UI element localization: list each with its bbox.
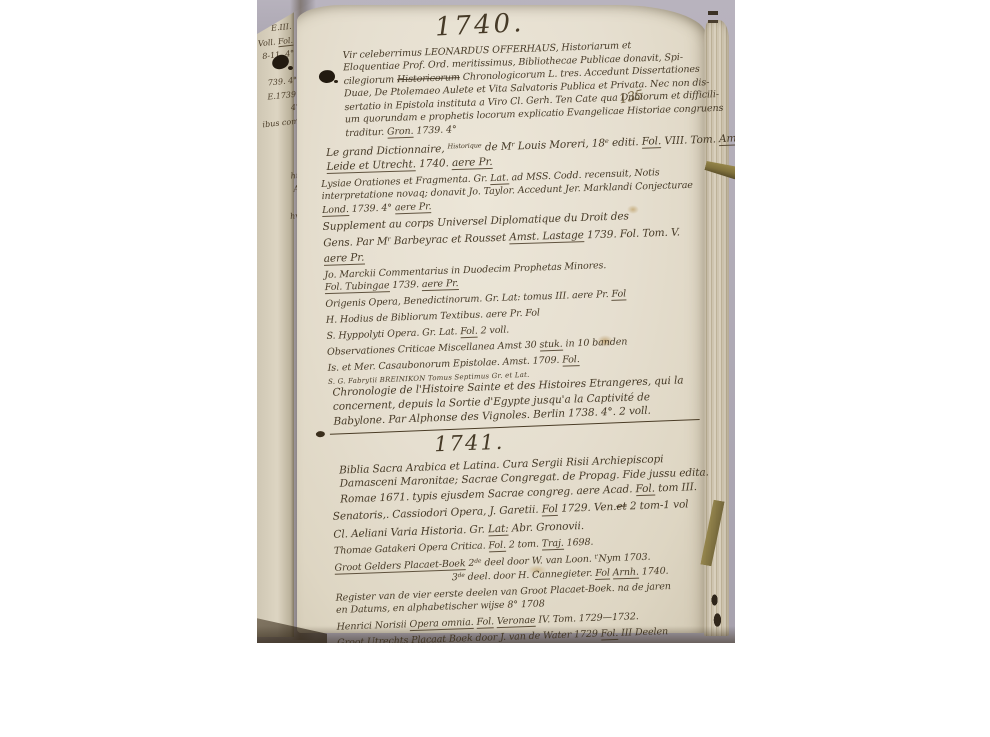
- entries-1740: Vir celeberrimus LEONARDUS OFFERHAUS, Hi…: [317, 37, 718, 430]
- book-bottom-shadow: [257, 626, 735, 643]
- verso-page-edge: E.III. Voll. Fol.8-11. 4° 739. 4°E.1739.…: [257, 0, 294, 637]
- ink-blot-verso-dot: [288, 66, 293, 70]
- entries-1741: Biblia Sacra Arabica et Latina. Cura Ser…: [331, 450, 727, 643]
- screenshot-canvas: E.III. Voll. Fol.8-11. 4° 739. 4°E.1739.…: [0, 0, 990, 737]
- text-column: 1740. Vir celeberrimus LEONARDUS OFFERHA…: [315, 0, 727, 643]
- fore-edge-top-marks: [708, 11, 718, 41]
- manuscript-photo: E.III. Voll. Fol.8-11. 4° 739. 4°E.1739.…: [257, 0, 735, 643]
- catalog-entry: Vir celeberrimus LEONARDUS OFFERHAUS, Hi…: [342, 37, 707, 141]
